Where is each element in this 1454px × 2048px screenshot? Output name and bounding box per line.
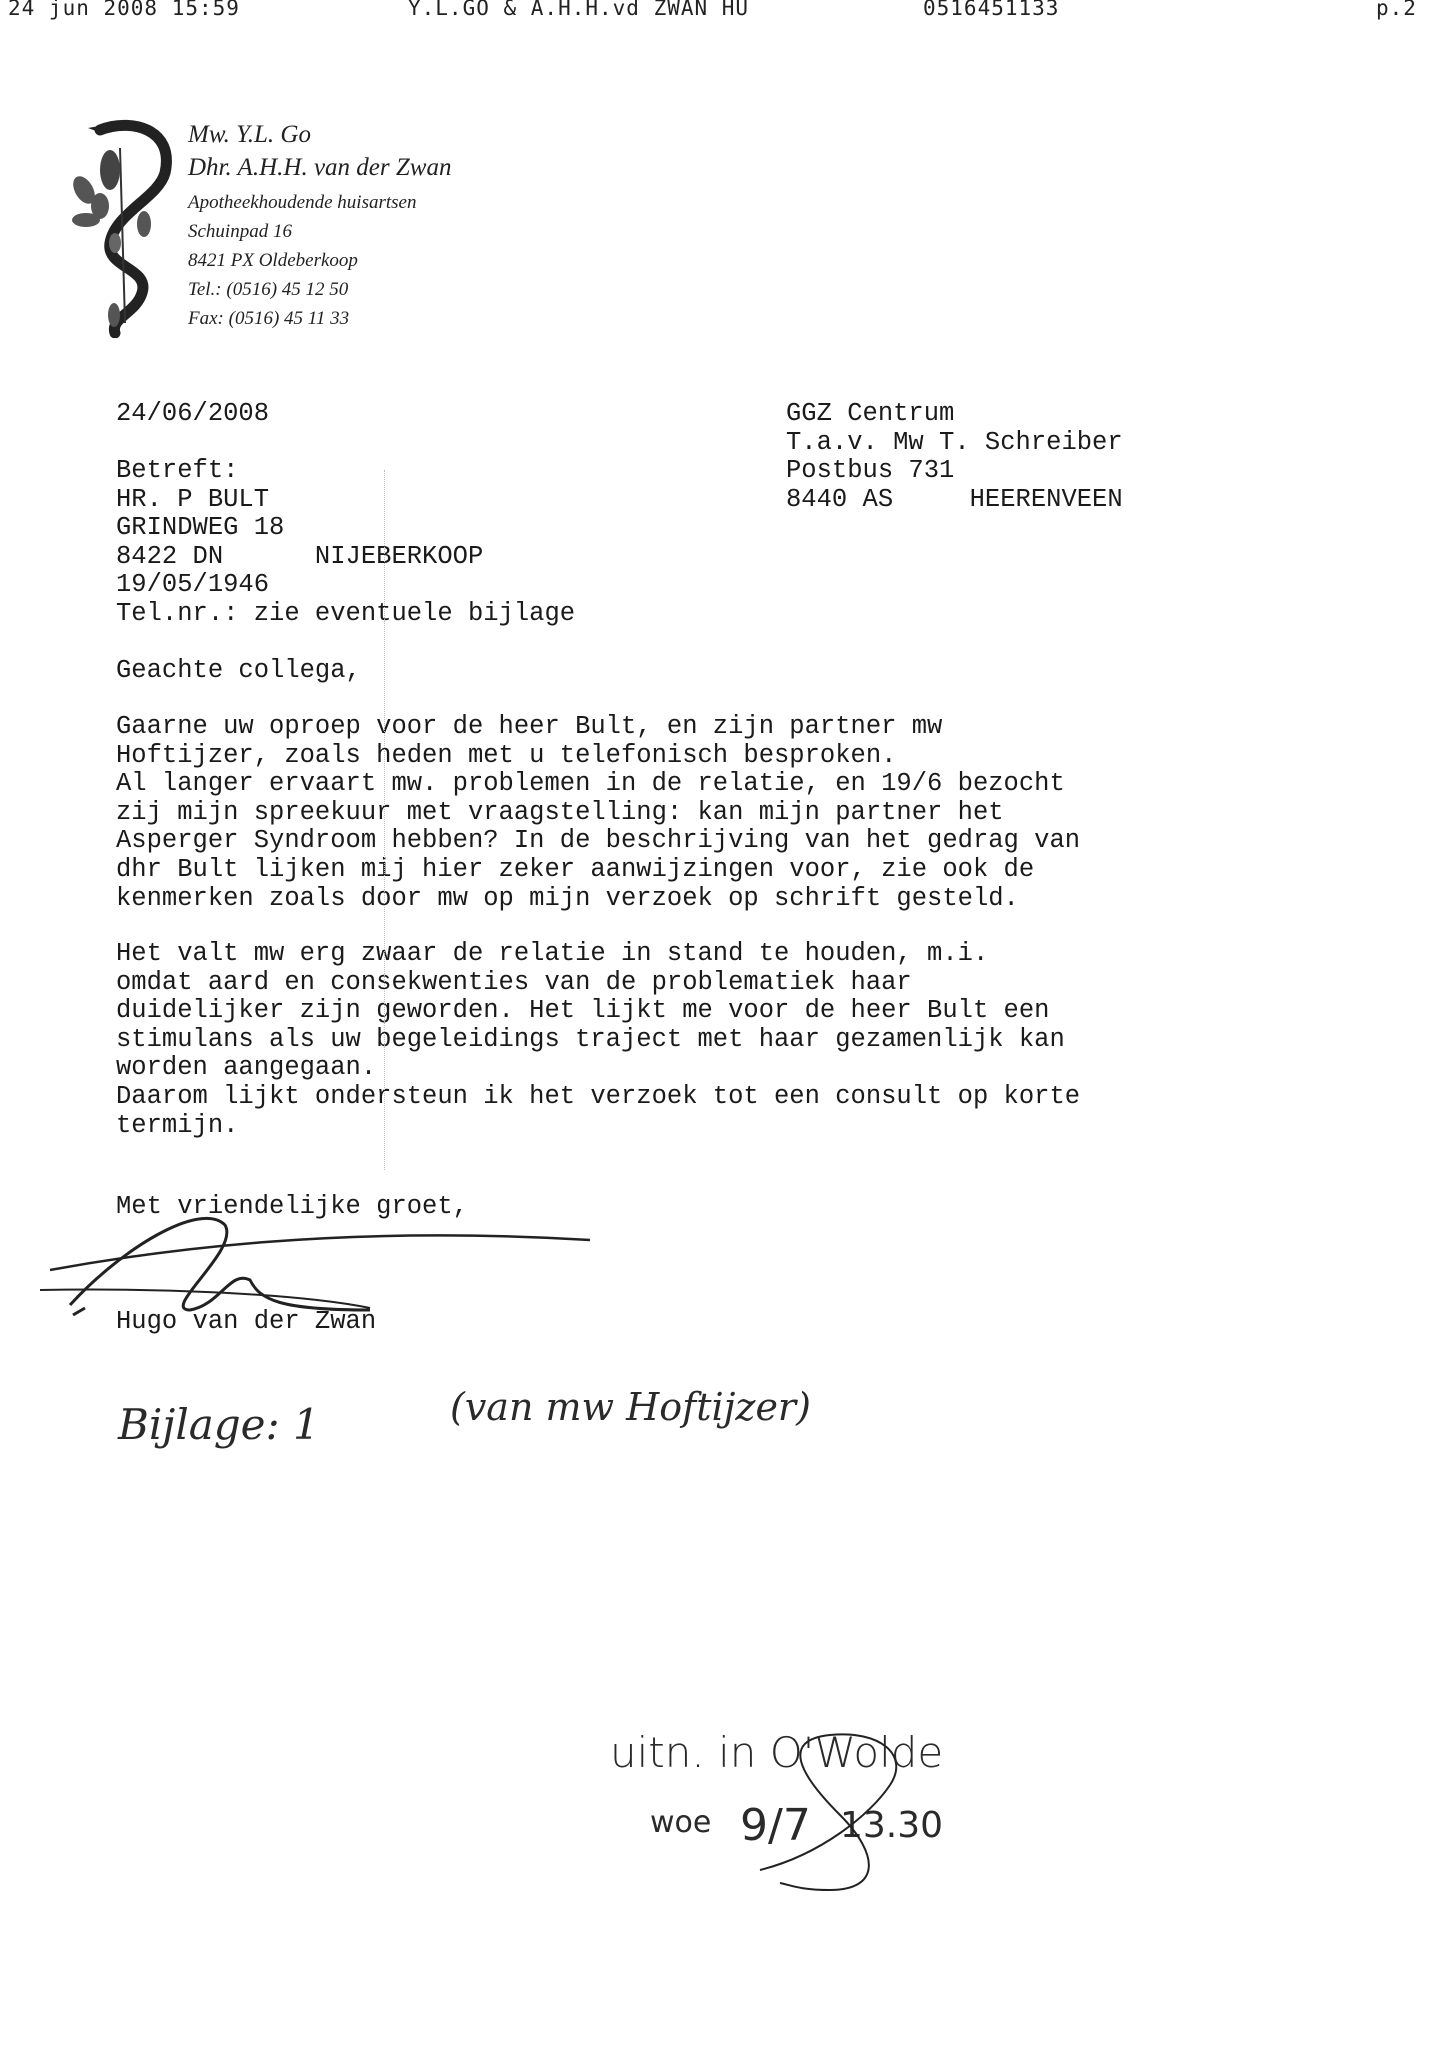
handwritten-attachment-note: Bijlage: 1 — [118, 1400, 320, 1449]
attachment-count: Bijlage: 1 — [118, 1400, 320, 1449]
fax-datetime: 24 jun 2008 15:59 — [8, 0, 240, 20]
text-line: zij mijn spreekuur met vraagstelling: ka… — [116, 799, 1080, 828]
recipient-postal-city: 8440 AS HEERENVEEN — [786, 486, 1123, 515]
letterhead: Mw. Y.L. Go Dhr. A.H.H. van der Zwan Apo… — [188, 118, 451, 333]
practice-type: Apotheekhoudende huisartsen — [188, 188, 451, 217]
practice-street: Schuinpad 16 — [188, 217, 451, 246]
patient-birthdate: 19/05/1946 — [116, 571, 575, 600]
salutation: Geachte collega, — [116, 657, 361, 686]
recipient-organization: GGZ Centrum — [786, 400, 1123, 429]
paragraph-1: Gaarne uw oproep voor de heer Bult, en z… — [116, 713, 1080, 913]
scan-artifact-line — [384, 470, 385, 1170]
practice-fax: Fax: (0516) 45 11 33 — [188, 304, 451, 333]
text-line: Gaarne uw oproep voor de heer Bult, en z… — [116, 713, 1080, 742]
text-line: stimulans als uw begeleidings traject me… — [116, 1026, 1080, 1055]
subject-label: Betreft: — [116, 457, 575, 486]
text-line: dhr Bult lijken mij hier zeker aanwijzin… — [116, 856, 1080, 885]
fax-header: 24 jun 2008 15:59 Y.L.GO & A.H.H.vd ZWAN… — [8, 0, 1454, 30]
text-line: worden aangegaan. — [116, 1054, 1080, 1083]
letter-date: 24/06/2008 — [116, 400, 269, 429]
patient-phone: Tel.nr.: zie eventuele bijlage — [116, 600, 575, 629]
fax-sender: Y.L.GO & A.H.H.vd ZWAN HU — [408, 0, 749, 20]
practice-tel: Tel.: (0516) 45 12 50 — [188, 275, 451, 304]
text-line: Hoftijzer, zoals heden met u telefonisch… — [116, 742, 1080, 771]
handwritten-attachment-source: (van mw Hoftijzer) — [450, 1385, 811, 1429]
patient-address: GRINDWEG 18 — [116, 514, 575, 543]
fax-page-number: p.2 — [1376, 0, 1417, 20]
handwritten-loop-mark-icon — [740, 1715, 940, 1895]
doctor-name-2: Dhr. A.H.H. van der Zwan — [188, 151, 451, 184]
practice-city: 8421 PX Oldeberkoop — [188, 246, 451, 275]
subject-block: Betreft: HR. P BULT GRINDWEG 18 8422 DN … — [116, 457, 575, 629]
fax-number: 0516451133 — [923, 0, 1059, 20]
text-line: kenmerken zoals door mw op mijn verzoek … — [116, 885, 1080, 914]
handwritten-appointment-day: woe — [650, 1805, 711, 1840]
text-line: omdat aard en consekwenties van de probl… — [116, 969, 1080, 998]
patient-postal-city: 8422 DN NIJEBERKOOP — [116, 543, 575, 572]
signer-name: Hugo van der Zwan — [116, 1308, 376, 1337]
text-line: Al langer ervaart mw. problemen in de re… — [116, 770, 1080, 799]
text-line: Het valt mw erg zwaar de relatie in stan… — [116, 940, 1080, 969]
text-line: Daarom lijkt ondersteun ik het verzoek t… — [116, 1083, 1080, 1112]
recipient-attention: T.a.v. Mw T. Schreiber — [786, 429, 1123, 458]
doctor-name-1: Mw. Y.L. Go — [188, 118, 451, 151]
paragraph-2: Het valt mw erg zwaar de relatie in stan… — [116, 940, 1080, 1140]
caduceus-icon — [70, 118, 180, 338]
text-line: Asperger Syndroom hebben? In de beschrij… — [116, 827, 1080, 856]
text-line: duidelijker zijn geworden. Het lijkt me … — [116, 997, 1080, 1026]
recipient-block: GGZ Centrum T.a.v. Mw T. Schreiber Postb… — [786, 400, 1123, 514]
text-line: termijn. — [116, 1112, 1080, 1141]
recipient-po-box: Postbus 731 — [786, 457, 1123, 486]
patient-name: HR. P BULT — [116, 486, 575, 515]
attachment-source: (van mw Hoftijzer) — [450, 1385, 811, 1429]
